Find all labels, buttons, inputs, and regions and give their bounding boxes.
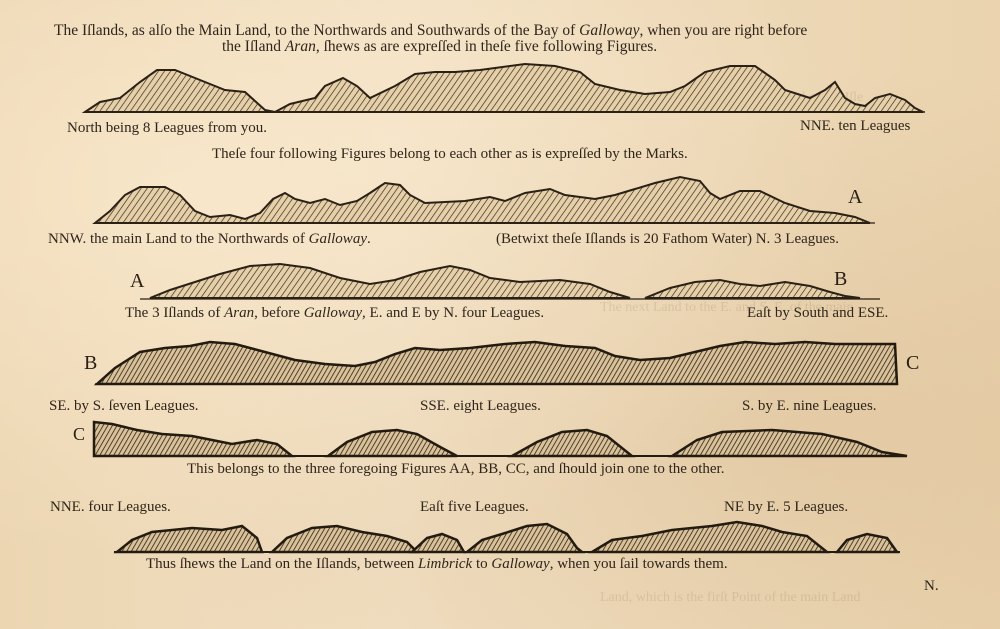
coastal-profile-figure-3 <box>140 262 880 302</box>
place-name-galloway: Galloway <box>579 22 639 39</box>
coastal-profile-figure-6 <box>112 520 902 555</box>
figure-1-left-caption: North being 8 Leagues from you. <box>67 119 267 137</box>
place-name-aran: Aran <box>285 38 316 55</box>
coastal-profile-figure-1 <box>85 62 935 114</box>
figure-2-right-caption: (Betwixt theſe Iſlands is 20 Fathom Wate… <box>496 230 839 248</box>
place-name-galloway: Galloway <box>304 305 362 321</box>
header-text: , when you are right before <box>639 22 807 39</box>
bleed-through-text: Land, which is the firſt Point of the ma… <box>600 590 861 606</box>
figure-3-right-caption: Eaſt by South and ESE. <box>747 304 888 322</box>
header-text: the Iſland <box>222 38 285 55</box>
figure-4-caption-right: S. by E. nine Leagues. <box>742 397 877 415</box>
caption-text: , E. and E by N. four Leagues. <box>362 305 544 321</box>
caption-text: to <box>472 556 491 572</box>
mark-c-right: C <box>906 352 919 375</box>
figure-1-right-caption: NNE. ten Leagues <box>800 117 910 135</box>
caption-text: , when you ſail towards them. <box>550 556 728 572</box>
figure-2-left-caption: NNW. the main Land to the Northwards of … <box>48 230 371 248</box>
place-name-galloway: Galloway <box>491 556 549 572</box>
coastal-profile-figure-5 <box>92 420 912 460</box>
header-text: The Iſlands, as alſo the Main Land, to t… <box>54 22 579 39</box>
caption-text: . <box>367 231 371 247</box>
place-name-galloway: Galloway <box>309 231 367 247</box>
figure-6-caption-right: NE by E. 5 Leagues. <box>724 498 848 516</box>
coastal-profile-figure-4 <box>95 338 900 388</box>
figure-3-caption: The 3 Iſlands of Aran, before Galloway, … <box>125 304 544 322</box>
figure-6-caption-left: NNE. four Leagues. <box>50 498 171 516</box>
figure-4-caption-middle: SSE. eight Leagues. <box>420 397 541 415</box>
header-line-2: the Iſland Aran, ſhews as are expreſſed … <box>222 38 657 56</box>
coastal-profile-figure-2 <box>95 175 885 225</box>
figure-4-caption-left: SE. by S. ſeven Leagues. <box>49 397 199 415</box>
figure-5-caption: This belongs to the three foregoing Figu… <box>187 460 724 478</box>
figure-6-bottom-caption: Thus ſhews the Land on the Iſlands, betw… <box>146 555 728 573</box>
mark-a-right: A <box>848 186 862 209</box>
mark-b-right: B <box>834 268 847 291</box>
subheading: Theſe four following Figures belong to e… <box>212 145 688 163</box>
caption-text: The 3 Iſlands of <box>125 305 224 321</box>
header-text: , ſhews as are expreſſed in theſe five f… <box>316 38 657 55</box>
signature-mark: N. <box>924 577 939 595</box>
place-name-limbrick: Limbrick <box>418 556 472 572</box>
caption-text: Thus ſhews the Land on the Iſlands, betw… <box>146 556 418 572</box>
figure-6-caption-middle: Eaſt five Leagues. <box>420 498 529 516</box>
place-name-aran: Aran <box>224 305 254 321</box>
caption-text: NNW. the main Land to the Northwards of <box>48 231 309 247</box>
caption-text: , before <box>254 305 304 321</box>
mark-c-left: C <box>73 424 85 445</box>
